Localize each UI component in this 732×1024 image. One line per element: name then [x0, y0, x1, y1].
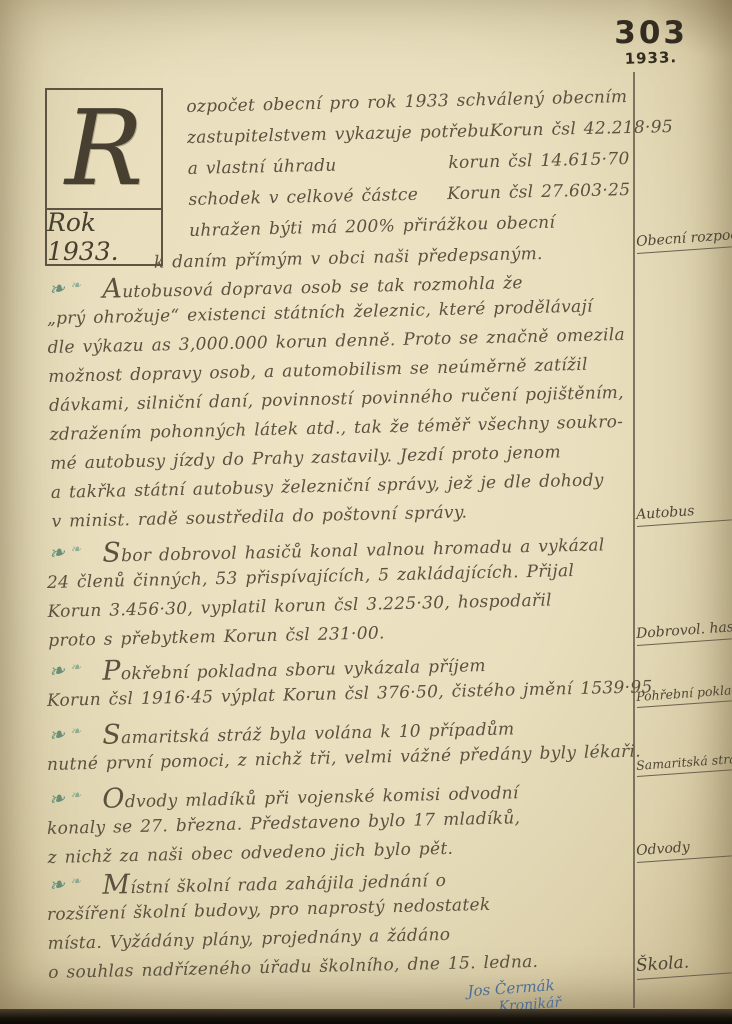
paragraph-odvody: ❧ ❧ Odvody mladíků při vojenské komisi o…	[46, 773, 636, 873]
paragraph-skola: ❧ ❧ Místní školní rada zahájila jednání …	[46, 859, 636, 988]
margin-note-odvody: Odvody	[636, 836, 732, 863]
photo-bottom-edge	[0, 1009, 732, 1024]
initial-capital-box: R Rok 1933.	[45, 88, 163, 266]
paragraph-straz: ❧ ❧ Samaritská stráž byla volána k 10 př…	[46, 709, 635, 780]
margin-note-autobus: Autobus	[636, 500, 732, 527]
margin-note-skola: Škola.	[635, 949, 731, 980]
drop-cap-letter: R	[47, 90, 161, 208]
paragraph-budget: ozpočet obecní pro rok 1933 schválený ob…	[186, 82, 632, 278]
amount-value: korun čsl 14.615·70	[448, 144, 630, 179]
manuscript-page: 303 1933. R Rok 1933. Obecní rozpočet Au…	[0, 0, 732, 1024]
margin-note-budget: Obecní rozpočet	[636, 227, 732, 254]
margin-note-straz: Samaritská stráž	[636, 751, 732, 777]
initial-box-caption: Rok 1933.	[47, 208, 161, 264]
amount-value: Korun čsl 42.218·95	[489, 112, 673, 147]
line-text: a vlastní úhradu	[187, 151, 337, 185]
amount-value: Korun čsl 27.603·25	[447, 175, 631, 210]
paragraph-autobus: ❧ ❧ Autobusová doprava osob se tak rozmo…	[46, 263, 640, 537]
paragraph-pokladna: ❧ ❧ Pokřební pokladna sboru vykázala pří…	[46, 645, 635, 716]
paragraph-hasici: ❧ ❧ Sbor dobrovol hasičů konal valnou hr…	[46, 527, 636, 656]
margin-note-hasici: Dobrovol. hasiči	[636, 619, 732, 646]
photo-corner-shade	[642, 0, 732, 60]
